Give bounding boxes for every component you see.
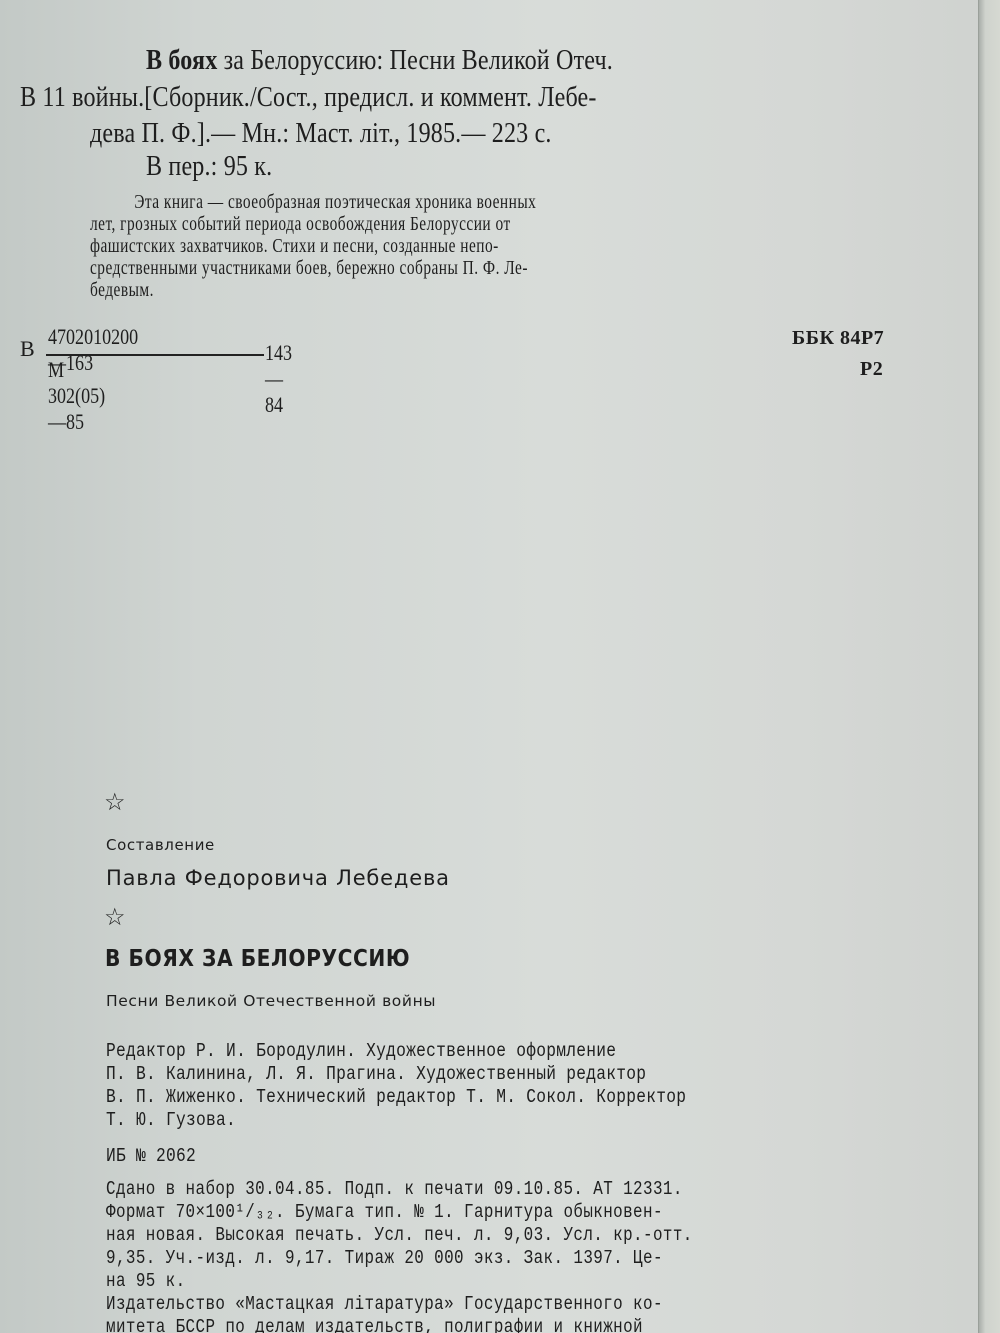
call-mark: В 11 [20,81,66,113]
card-line-2: В 11 войны.[Сборник./Сост., предисл. и к… [20,81,597,114]
star-icon: ☆ [104,903,126,932]
index-denominator: М 302(05)—85 [48,357,105,435]
card-price: В пер.: 95 к. [146,150,272,183]
card-line-2-text: войны.[Сборник./Сост., предисл. и коммен… [72,81,596,113]
card-title-rest: за Белоруссию: Песни Великой Отеч. [217,44,613,76]
imprint: Сдано в набор 30.04.85. Подп. к печати 0… [106,1178,693,1293]
imprint-line: Сдано в набор 30.04.85. Подп. к печати 0… [106,1178,693,1201]
book-title: В БОЯХ ЗА БЕЛОРУССИЮ [105,946,410,972]
annotation-line: фашистских захватчиков. Стихи и песни, с… [90,236,536,258]
annotation-line: средственными участниками боев, бережно … [90,258,536,280]
credits-line: П. В. Калинина, Л. Я. Прагина. Художеств… [106,1063,686,1086]
bbk-code: ББК 84Р7 [792,327,884,350]
index-tail: 143—84 [265,340,292,418]
annotation-line: лет, грозных событий периода освобождени… [90,214,536,236]
imprint-line: Формат 70×100¹/₃₂. Бумага тип. № 1. Гарн… [106,1201,693,1224]
index-letter: В [20,336,35,362]
publisher-line: Издательство «Мастацкая літаратура» Госу… [106,1293,663,1316]
adjacent-page-edge [978,0,1000,1333]
compiled-label: Составление [106,836,215,854]
publisher: Издательство «Мастацкая літаратура» Госу… [106,1293,663,1333]
annotation: Эта книга — своеобразная поэтическая хро… [90,192,536,302]
card-line-1: В боях за Белоруссию: Песни Великой Отеч… [146,44,613,77]
publisher-line: митета БССР по делам издательств, полигр… [106,1316,663,1333]
annotation-line: Эта книга — своеобразная поэтическая хро… [90,192,536,214]
annotation-line: бедевым. [90,280,536,302]
card-title-bold: В боях [146,44,217,76]
star-icon: ☆ [104,788,126,817]
compiler-name: Павла Федоровича Лебедева [106,866,450,890]
credits-line: Редактор Р. И. Бородулин. Художественное… [106,1040,686,1063]
card-line-3: дева П. Ф.].— Мн.: Маст. літ., 1985.— 22… [90,117,552,150]
imprint-line: ная новая. Высокая печать. Усл. печ. л. … [106,1224,693,1247]
book-subtitle: Песни Великой Отечественной войны [106,992,436,1010]
fraction-bar [46,354,264,356]
imprint-line: на 95 к. [106,1270,693,1293]
bbk-sub: Р2 [860,358,883,381]
imprint-line: 9,35. Уч.-изд. л. 9,17. Тираж 20 000 экз… [106,1247,693,1270]
ib-number: ИБ № 2062 [106,1145,196,1168]
credits-line: В. П. Жиженко. Технический редактор Т. М… [106,1086,686,1109]
credits: Редактор Р. И. Бородулин. Художественное… [106,1040,686,1132]
credits-line: Т. Ю. Гузова. [106,1109,686,1132]
